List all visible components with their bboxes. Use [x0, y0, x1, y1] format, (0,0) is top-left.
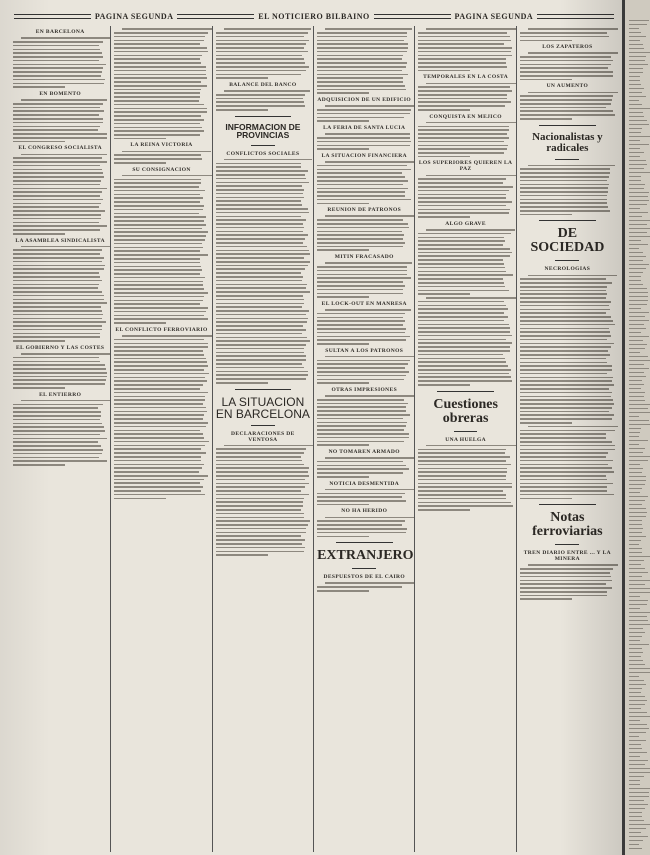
text-line — [418, 186, 512, 188]
article-subheading: EL CONFLICTO FERROVIARIO — [114, 327, 208, 333]
text-line — [216, 539, 305, 541]
text-line — [629, 760, 648, 761]
text-line — [629, 720, 640, 721]
text-line — [216, 40, 309, 42]
text-line — [629, 248, 639, 249]
text-line — [629, 396, 644, 397]
text-line — [418, 494, 506, 496]
text-line — [216, 554, 268, 556]
text-line — [216, 483, 309, 485]
text-line — [114, 277, 205, 279]
text-line — [317, 74, 408, 76]
text-line — [629, 588, 650, 589]
text-line — [317, 524, 402, 526]
text-line — [13, 79, 105, 81]
text-line — [418, 109, 470, 111]
text-line — [629, 188, 644, 189]
text-line — [520, 494, 614, 496]
text-line — [629, 88, 644, 89]
text-line — [629, 392, 645, 393]
text-line — [114, 346, 207, 348]
masthead: PAGINA SEGUNDA EL NOTICIERO BILBAINO PAG… — [10, 10, 618, 22]
text-line — [114, 51, 207, 53]
text-line — [520, 320, 614, 322]
text-line — [520, 67, 608, 69]
text-line — [114, 254, 207, 256]
text-line — [317, 406, 406, 408]
text-line — [13, 445, 101, 447]
text-line — [629, 240, 641, 241]
text-line — [629, 652, 643, 653]
text-line — [629, 828, 646, 829]
text-line — [114, 392, 208, 394]
text-line — [520, 471, 614, 473]
text-line — [520, 293, 607, 295]
text-line — [122, 28, 211, 30]
column-1: EN BARCELONAEN BOMENTOEL CONGRESO SOCIAL… — [10, 26, 111, 852]
text-line — [629, 844, 639, 845]
text-line — [317, 169, 411, 171]
text-line — [629, 780, 640, 781]
text-line — [629, 432, 640, 433]
text-line — [216, 464, 304, 466]
column-6: LOS ZAPATEROSUN AUMENTONacionalistas y r… — [517, 26, 618, 852]
text-line — [629, 624, 650, 625]
text-line — [13, 434, 100, 436]
text-line — [216, 174, 305, 176]
text-line — [13, 464, 65, 466]
text-line — [418, 483, 512, 485]
text-line — [216, 479, 305, 481]
text-line — [216, 200, 301, 202]
text-line — [13, 387, 65, 389]
text-line — [520, 373, 608, 375]
text-line — [520, 56, 611, 58]
text-line — [317, 461, 403, 463]
text-line — [317, 399, 404, 401]
text-line — [317, 532, 406, 534]
text-line — [21, 99, 107, 101]
text-line — [629, 472, 642, 473]
text-line — [520, 437, 607, 439]
text-line — [629, 452, 643, 453]
text-line — [629, 520, 642, 521]
text-line — [325, 582, 415, 584]
text-line — [629, 612, 650, 613]
article-subheading: SULTAN A LOS PATRONOS — [317, 348, 411, 354]
text-line — [528, 426, 618, 428]
text-line — [13, 314, 103, 316]
article-subheading: OTRAS IMPRESIONES — [317, 387, 411, 393]
text-line — [114, 213, 199, 215]
text-line — [520, 202, 607, 204]
text-line — [216, 498, 304, 500]
text-line — [629, 600, 648, 601]
text-line — [418, 182, 503, 184]
text-line — [629, 32, 641, 33]
text-line — [114, 228, 202, 230]
text-line — [216, 163, 301, 165]
text-line — [418, 509, 470, 511]
text-line — [317, 32, 407, 34]
text-line — [13, 340, 65, 342]
text-line — [114, 130, 204, 132]
text-line — [629, 328, 646, 329]
text-line — [629, 556, 650, 557]
text-line — [317, 113, 410, 115]
text-line — [418, 209, 510, 211]
text-line — [114, 104, 204, 106]
text-line — [13, 165, 100, 167]
text-line — [629, 628, 643, 629]
text-line — [629, 156, 640, 157]
text-line — [629, 228, 650, 229]
text-line — [114, 70, 206, 72]
text-line — [13, 176, 104, 178]
text-line — [114, 377, 205, 379]
text-line — [114, 127, 202, 129]
text-line — [629, 772, 650, 773]
text-line — [216, 280, 302, 282]
text-line — [629, 100, 639, 101]
text-line — [418, 468, 506, 470]
text-line — [418, 259, 503, 261]
text-line — [629, 364, 644, 365]
text-line — [418, 43, 504, 45]
text-line — [114, 396, 204, 398]
text-line — [13, 460, 107, 462]
text-line — [13, 276, 100, 278]
article-subheading: LOS SUPERIORES QUIEREN LA PAZ — [418, 160, 512, 172]
text-line — [418, 335, 512, 337]
text-line — [520, 176, 609, 178]
text-line — [418, 70, 470, 72]
text-line — [216, 234, 308, 236]
text-line — [216, 223, 304, 225]
text-line — [629, 116, 644, 117]
text-line — [629, 756, 640, 757]
text-line — [216, 208, 308, 210]
text-line — [13, 157, 102, 159]
text-line — [114, 494, 205, 496]
text-line — [216, 340, 310, 342]
text-line — [418, 274, 512, 276]
text-line — [317, 324, 403, 326]
text-line — [216, 551, 304, 553]
text-line — [418, 464, 510, 466]
text-line — [520, 583, 607, 585]
text-line — [520, 180, 607, 182]
text-line — [520, 40, 572, 42]
text-line — [216, 513, 304, 515]
text-line — [629, 80, 640, 81]
text-line — [317, 296, 369, 298]
text-line — [114, 134, 200, 136]
text-line — [216, 382, 268, 384]
text-line — [520, 339, 607, 341]
text-line — [629, 260, 643, 261]
text-line — [317, 500, 406, 502]
article-subheading: LOS ZAPATEROS — [520, 44, 615, 50]
text-line — [418, 240, 504, 242]
text-line — [317, 336, 410, 338]
masthead-rule — [374, 14, 451, 19]
column-5: TEMPORALES EN LA COSTACONQUISTA EN MEJIC… — [415, 26, 516, 852]
text-line — [418, 479, 506, 481]
article-subheading: DESPUESTOS DE EL CAIRO — [317, 574, 411, 580]
text-line — [114, 32, 207, 34]
text-line — [629, 76, 640, 77]
text-line — [629, 448, 645, 449]
text-line — [114, 475, 208, 477]
text-line — [629, 196, 648, 197]
text-line — [216, 306, 302, 308]
text-line — [13, 438, 107, 440]
text-line — [629, 664, 645, 665]
text-line — [13, 449, 103, 451]
text-line — [629, 124, 649, 125]
text-line — [520, 210, 610, 212]
text-line — [629, 812, 642, 813]
text-line — [216, 178, 306, 180]
text-line — [629, 688, 642, 689]
text-line — [418, 354, 503, 356]
text-line — [629, 220, 650, 221]
section-divider — [539, 125, 596, 126]
text-line — [520, 214, 572, 216]
text-line — [13, 441, 98, 443]
text-line — [520, 32, 608, 34]
text-line — [520, 380, 612, 382]
text-line — [216, 337, 308, 339]
text-line — [317, 70, 402, 72]
text-line — [317, 176, 405, 178]
text-line — [114, 399, 205, 401]
section-divider — [539, 504, 596, 505]
text-line — [317, 172, 402, 174]
article-subheading: REUNION DE PATRONOS — [317, 207, 411, 213]
text-line — [418, 486, 512, 488]
text-line — [216, 197, 305, 199]
text-line — [114, 92, 199, 94]
text-line — [629, 712, 647, 713]
text-line — [520, 498, 572, 500]
text-line — [520, 362, 607, 364]
text-line — [114, 456, 201, 458]
text-line — [317, 528, 407, 530]
text-line — [520, 456, 606, 458]
text-line — [317, 89, 406, 91]
text-line — [520, 414, 614, 416]
text-line — [317, 270, 407, 272]
section-headline: Nacionalistas y radicales — [520, 132, 615, 154]
text-line — [114, 182, 200, 184]
text-line — [114, 62, 200, 64]
text-line — [13, 161, 107, 163]
text-line — [317, 504, 369, 506]
text-line — [317, 145, 410, 147]
text-line — [629, 172, 650, 173]
text-line — [629, 668, 650, 669]
text-line — [13, 137, 107, 139]
text-line — [317, 117, 404, 119]
text-line — [21, 37, 111, 39]
text-line — [13, 426, 104, 428]
text-line — [520, 168, 610, 170]
text-line — [629, 820, 644, 821]
text-line — [317, 293, 403, 295]
text-line — [317, 476, 369, 478]
text-line — [21, 154, 107, 156]
text-line — [520, 486, 607, 488]
text-line — [629, 764, 645, 765]
text-line — [629, 680, 644, 681]
text-line — [216, 284, 308, 286]
text-line — [114, 216, 206, 218]
column-3: BALANCE DEL BANCOINFORMACION DE PROVINCI… — [213, 26, 314, 852]
text-line — [216, 475, 310, 477]
text-line — [13, 86, 65, 88]
text-line — [629, 64, 648, 65]
text-line — [629, 360, 650, 361]
text-line — [317, 120, 369, 122]
text-line — [629, 616, 647, 617]
text-line — [629, 500, 645, 501]
text-line — [528, 165, 615, 167]
text-line — [629, 104, 642, 105]
text-line — [13, 423, 102, 425]
text-line — [629, 692, 641, 693]
text-line — [216, 204, 302, 206]
masthead-page-right: PAGINA SEGUNDA — [455, 12, 534, 21]
text-line — [114, 269, 202, 271]
text-line — [13, 411, 101, 413]
text-line — [520, 358, 606, 360]
text-line — [418, 156, 470, 158]
text-line — [418, 339, 506, 341]
text-line — [520, 422, 572, 424]
text-line — [317, 55, 403, 57]
adjacent-page-edge — [622, 0, 650, 855]
text-line — [418, 145, 507, 147]
article-subheading: TREN DIARIO ENTRE ... Y LA MINERA — [520, 550, 615, 562]
text-line — [13, 191, 102, 193]
article-subheading: EN BOMENTO — [13, 91, 107, 97]
text-line — [520, 36, 609, 38]
text-line — [520, 286, 607, 288]
text-line — [629, 60, 645, 61]
section-divider — [555, 159, 579, 160]
text-line — [520, 568, 613, 570]
text-line — [13, 218, 101, 220]
text-line — [216, 189, 305, 191]
text-line — [629, 108, 650, 109]
text-line — [114, 58, 199, 60]
text-line — [520, 60, 613, 62]
text-line — [426, 445, 516, 447]
masthead-rule — [177, 14, 254, 19]
text-line — [629, 56, 646, 57]
text-line — [629, 456, 650, 457]
text-line — [13, 261, 102, 263]
text-line — [629, 320, 649, 321]
text-line — [629, 92, 642, 93]
text-line — [629, 528, 643, 529]
text-line — [317, 227, 409, 229]
section-divider — [539, 220, 596, 221]
text-line — [114, 441, 208, 443]
article-subheading: LA SITUACION FINANCIERA — [317, 153, 411, 159]
text-line — [13, 49, 100, 51]
text-line — [520, 475, 607, 477]
text-line — [114, 36, 204, 38]
text-line — [114, 74, 205, 76]
text-line — [629, 748, 642, 749]
text-line — [114, 486, 203, 488]
text-line — [13, 291, 102, 293]
text-line — [418, 86, 509, 88]
text-line — [629, 212, 648, 213]
text-line — [629, 700, 647, 701]
text-line — [13, 203, 101, 205]
text-line — [13, 415, 101, 417]
text-line — [114, 89, 201, 91]
text-line — [13, 287, 98, 289]
text-line — [216, 231, 303, 233]
text-line — [317, 332, 405, 334]
section-headline: Notas ferroviarias — [520, 511, 615, 539]
text-line — [629, 132, 641, 133]
text-line — [629, 444, 639, 445]
text-line — [114, 81, 201, 83]
text-line — [629, 544, 639, 545]
text-line — [216, 321, 308, 323]
text-line — [114, 414, 204, 416]
text-line — [216, 378, 306, 380]
text-line — [418, 460, 506, 462]
text-line — [216, 505, 303, 507]
text-line — [528, 275, 617, 277]
text-line — [629, 400, 645, 401]
text-line — [520, 99, 612, 101]
text-line — [224, 28, 311, 30]
text-line — [520, 75, 613, 77]
text-line — [418, 369, 510, 371]
text-line — [216, 299, 304, 301]
text-line — [317, 472, 403, 474]
text-line — [629, 792, 649, 793]
text-line — [216, 66, 309, 68]
text-line — [114, 365, 208, 367]
text-line — [216, 55, 303, 57]
text-line — [520, 305, 609, 307]
text-line — [520, 433, 606, 435]
text-line — [317, 496, 402, 498]
text-line — [418, 205, 505, 207]
text-line — [216, 70, 306, 72]
text-line — [13, 52, 102, 54]
text-line — [520, 411, 609, 413]
text-line — [520, 199, 607, 201]
text-line — [418, 293, 470, 295]
text-line — [629, 784, 640, 785]
text-line — [317, 281, 403, 283]
text-line — [216, 517, 304, 519]
text-line — [216, 490, 302, 492]
text-line — [216, 253, 310, 255]
text-line — [520, 460, 613, 462]
text-line — [317, 234, 404, 236]
